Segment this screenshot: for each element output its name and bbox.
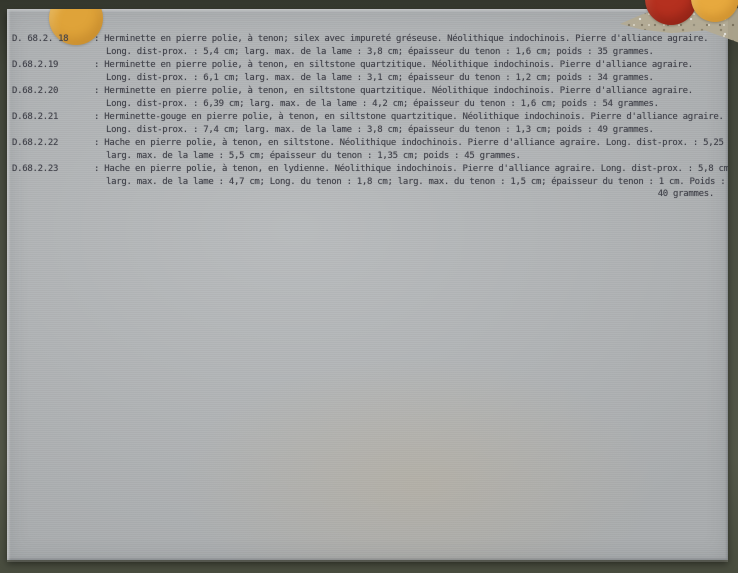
description-line-1: : Herminette-gouge en pierre polie, à te… (94, 111, 724, 124)
entry-row: D.68.2.20 : Herminette en pierre polie, … (12, 85, 724, 110)
description-line-1: : Herminette en pierre polie, à tenon; s… (94, 33, 724, 46)
entry-row: D.68.2.22 : Hache en pierre polie, à ten… (12, 137, 724, 162)
entry-description: : Herminette en pierre polie, à tenon; s… (94, 33, 724, 58)
entry-id-label: D.68.2.22 (12, 137, 94, 162)
entry-description: : Herminette-gouge en pierre polie, à te… (94, 111, 724, 136)
catalog-card: D. 68.2. 18 : Herminette en pierre polie… (7, 9, 728, 560)
description-line-2: Long. dist-prox. : 6,39 cm; larg. max. d… (106, 98, 724, 111)
description-line-1: : Herminette en pierre polie, à tenon, e… (94, 59, 724, 72)
entry-row: D. 68.2. 18 : Herminette en pierre polie… (12, 33, 724, 58)
description-line-2: larg. max. de la lame : 4,7 cm; Long. du… (106, 176, 724, 189)
description-line-3: 40 grammes. (94, 188, 724, 201)
entry-description: : Hache en pierre polie, à tenon, en lyd… (94, 163, 724, 201)
entry-description: : Herminette en pierre polie, à tenon, e… (94, 59, 724, 84)
description-line-2: Long. dist-prox. : 7,4 cm; larg. max. de… (106, 124, 724, 137)
entry-row: D.68.2.23 : Hache en pierre polie, à ten… (12, 163, 724, 201)
entry-description: : Hache en pierre polie, à tenon, en sil… (94, 137, 724, 162)
description-line-2: Long. dist-prox. : 6,1 cm; larg. max. de… (106, 72, 724, 85)
entry-id-label: D. 68.2. 18 (12, 33, 94, 58)
mount-board: D. 68.2. 18 : Herminette en pierre polie… (0, 0, 738, 573)
description-line-2: larg. max. de la lame : 5,5 cm; épaisseu… (106, 150, 724, 163)
entry-id-label: D.68.2.21 (12, 111, 94, 136)
description-line-2: Long. dist-prox. : 5,4 cm; larg. max. de… (106, 46, 724, 59)
description-line-1: : Herminette en pierre polie, à tenon, e… (94, 85, 724, 98)
description-line-1: : Hache en pierre polie, à tenon, en lyd… (94, 163, 724, 176)
entry-id-label: D.68.2.23 (12, 163, 94, 201)
entry-id-label: D.68.2.19 (12, 59, 94, 84)
description-line-1: : Hache en pierre polie, à tenon, en sil… (94, 137, 724, 150)
entry-description: : Herminette en pierre polie, à tenon, e… (94, 85, 724, 110)
entry-id-label: D.68.2.20 (12, 85, 94, 110)
entry-row: D.68.2.21 : Herminette-gouge en pierre p… (12, 111, 724, 136)
entry-row: D.68.2.19 : Herminette en pierre polie, … (12, 59, 724, 84)
catalog-entries: D. 68.2. 18 : Herminette en pierre polie… (12, 33, 724, 202)
